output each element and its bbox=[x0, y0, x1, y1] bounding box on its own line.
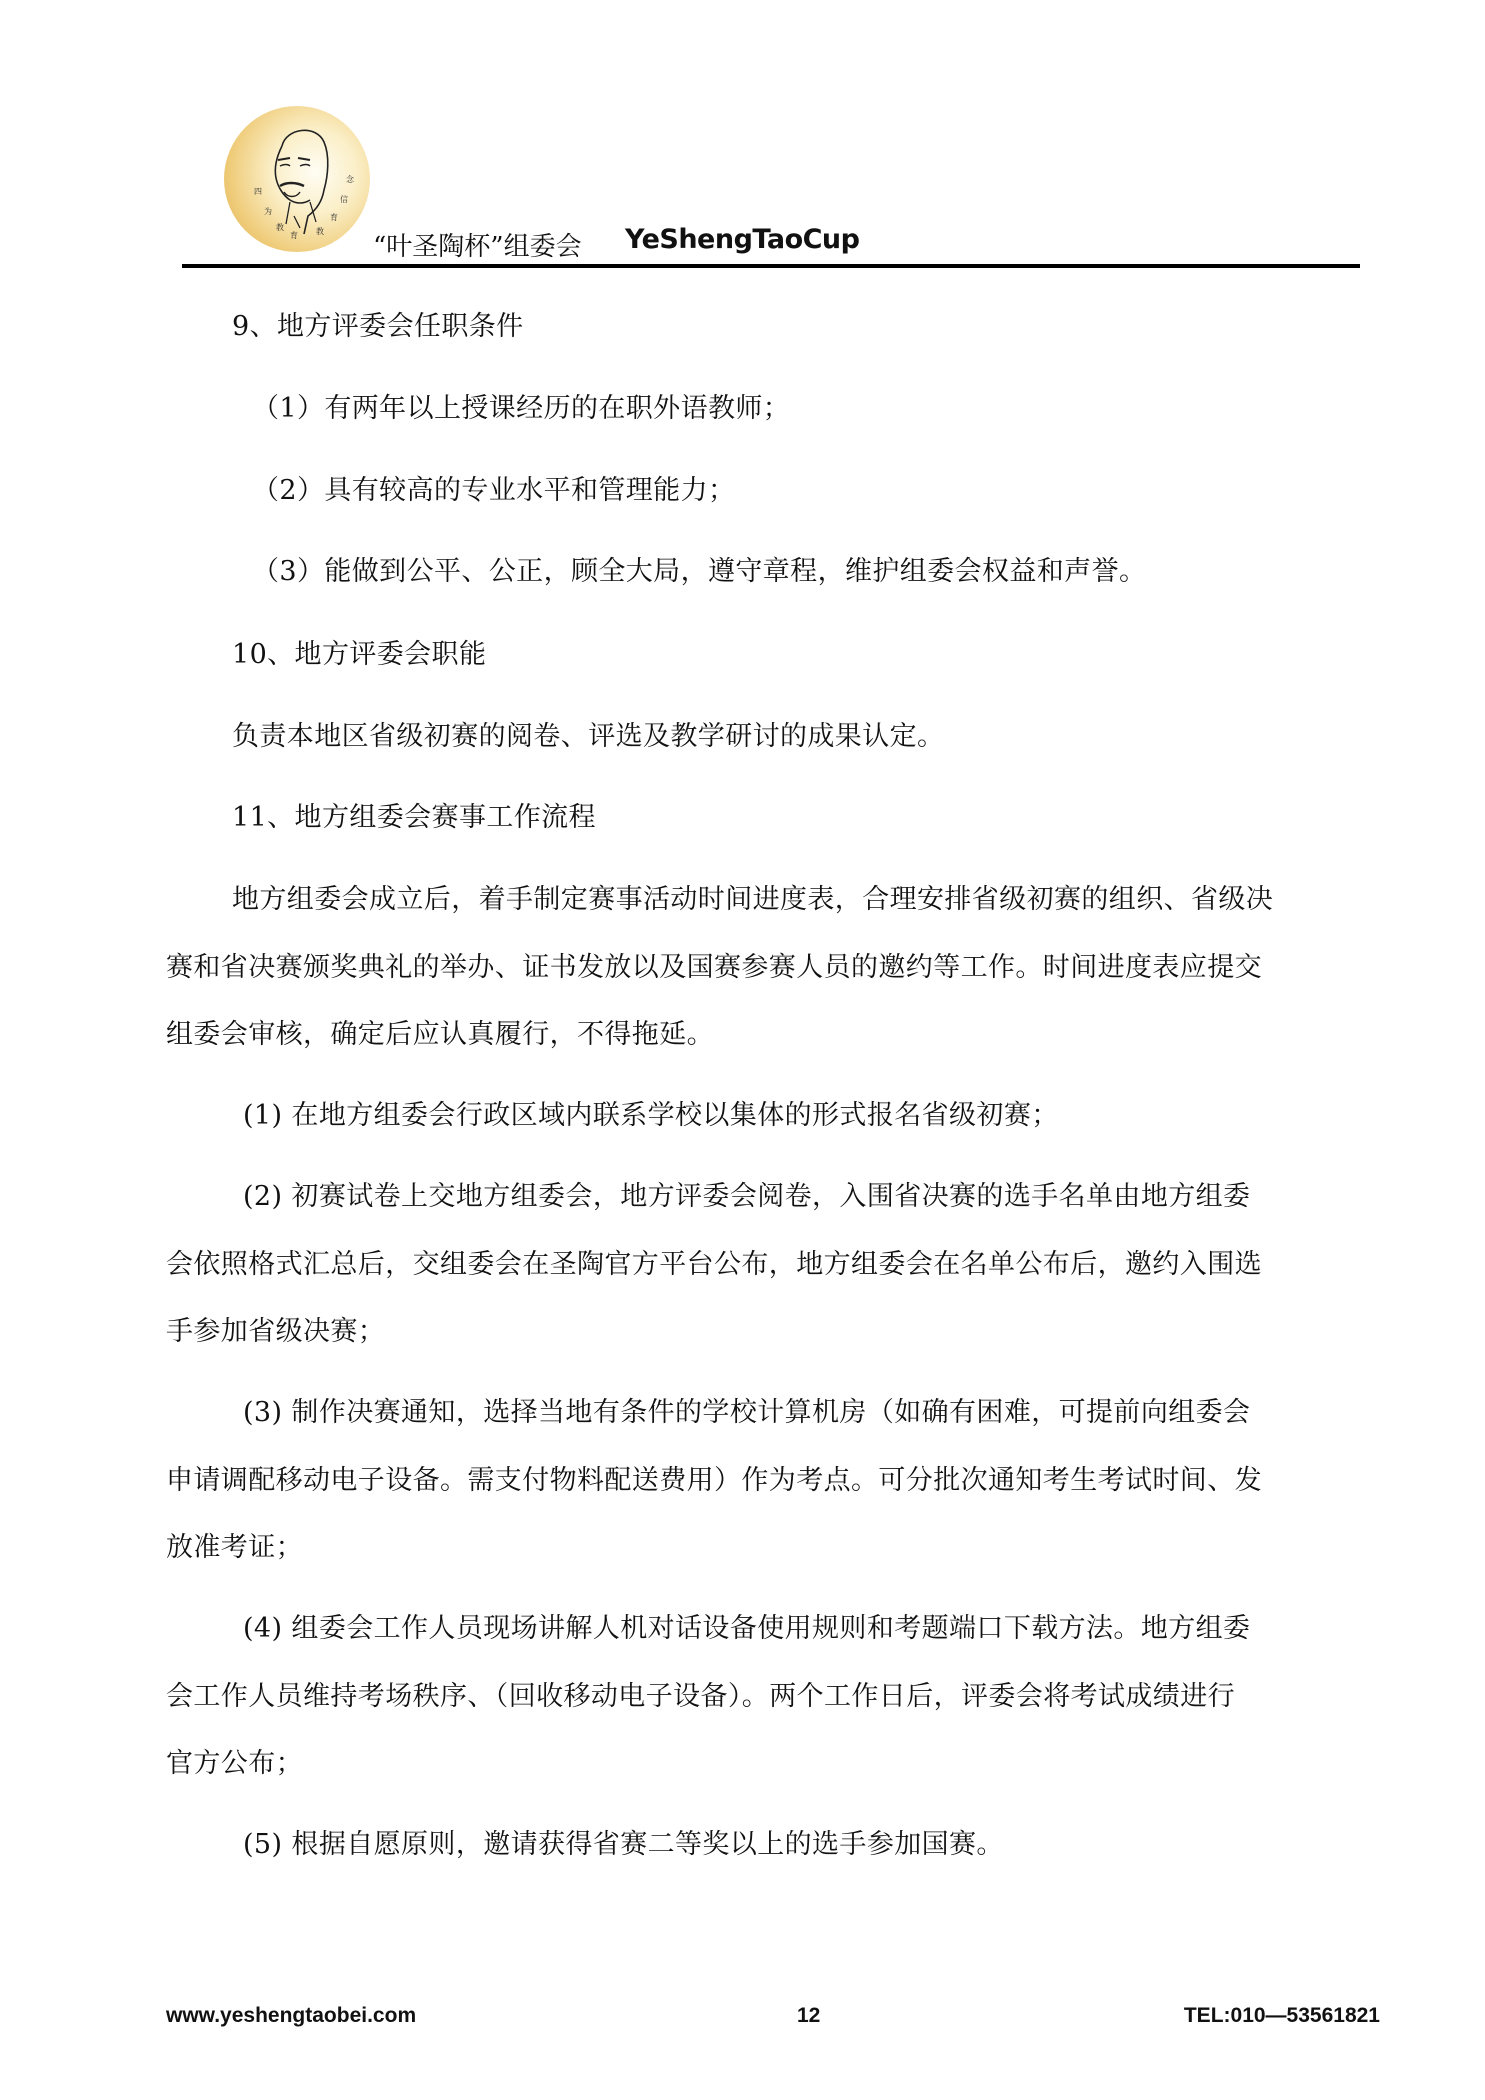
paragraph-line: 申请调配移动电子设备。需支付物料配送费用）作为考点。可分批次通知考生考试时间、发 bbox=[166, 1463, 1262, 1499]
paragraph-line: 会依照格式汇总后，交组委会在圣陶官方平台公布，地方组委会在名单公布后，邀约入围选 bbox=[166, 1247, 1262, 1283]
footer-website: www.yeshengtaobei.com bbox=[166, 2004, 416, 2028]
paragraph-line: 负责本地区省级初赛的阅卷、评选及教学研讨的成果认定。 bbox=[232, 719, 944, 755]
paragraph-line: 官方公布； bbox=[166, 1746, 303, 1782]
svg-text:教: 教 bbox=[276, 222, 284, 232]
paragraph-line: 赛和省决赛颁奖典礼的举办、证书发放以及国赛参赛人员的邀约等工作。时间进度表应提交 bbox=[166, 950, 1262, 986]
header-divider bbox=[182, 264, 1360, 268]
paragraph-line: 会工作人员维持考场秩序、（回收移动电子设备）。两个工作日后，评委会将考试成绩进行 bbox=[166, 1679, 1235, 1715]
list-item: (5) 根据自愿原则，邀请获得省赛二等奖以上的选手参加国赛。 bbox=[243, 1827, 1004, 1863]
svg-text:育: 育 bbox=[330, 212, 338, 222]
section-heading-11: 11、地方组委会赛事工作流程 bbox=[232, 800, 596, 836]
list-item: (1) 在地方组委会行政区域内联系学校以集体的形式报名省级初赛； bbox=[243, 1098, 1059, 1134]
portrait-icon: 四 为 教 育 教 育 信 念 bbox=[224, 106, 370, 252]
list-item: (4) 组委会工作人员现场讲解人机对话设备使用规则和考题端口下载方法。地方组委 bbox=[243, 1611, 1250, 1647]
footer-tel: TEL:010—53561821 bbox=[1184, 2004, 1380, 2028]
logo: 四 为 教 育 教 育 信 念 bbox=[224, 106, 370, 252]
section-heading-9: 9、地方评委会任职条件 bbox=[232, 309, 524, 345]
header-title-cn: “叶圣陶杯”组委会 bbox=[373, 226, 582, 263]
paragraph-line: 地方组委会成立后，着手制定赛事活动时间进度表，合理安排省级初赛的组织、省级决 bbox=[232, 882, 1273, 918]
section-heading-10: 10、地方评委会职能 bbox=[232, 637, 486, 673]
svg-text:育: 育 bbox=[290, 230, 298, 240]
list-item: (3) 制作决赛通知，选择当地有条件的学校计算机房（如确有困难，可提前向组委会 bbox=[243, 1395, 1250, 1431]
header-title-en: YeShengTaoCup bbox=[625, 224, 859, 255]
paragraph-line: 组委会审核，确定后应认真履行，不得拖延。 bbox=[166, 1017, 714, 1053]
svg-text:教: 教 bbox=[316, 226, 324, 236]
svg-text:四: 四 bbox=[254, 187, 262, 196]
list-item: （3）能做到公平、公正，顾全大局，遵守章程，维护组委会权益和声誉。 bbox=[252, 554, 1146, 590]
svg-text:念: 念 bbox=[346, 174, 355, 184]
svg-text:为: 为 bbox=[264, 206, 272, 216]
paragraph-line: 手参加省级决赛； bbox=[166, 1314, 385, 1350]
list-item: （1）有两年以上授课经历的在职外语教师； bbox=[252, 391, 790, 427]
svg-text:信: 信 bbox=[340, 194, 348, 204]
list-item: (2) 初赛试卷上交地方组委会，地方评委会阅卷，入围省决赛的选手名单由地方组委 bbox=[243, 1179, 1250, 1215]
list-item: （2）具有较高的专业水平和管理能力； bbox=[252, 473, 735, 509]
page-number: 12 bbox=[797, 2004, 820, 2028]
paragraph-line: 放准考证； bbox=[166, 1530, 303, 1566]
